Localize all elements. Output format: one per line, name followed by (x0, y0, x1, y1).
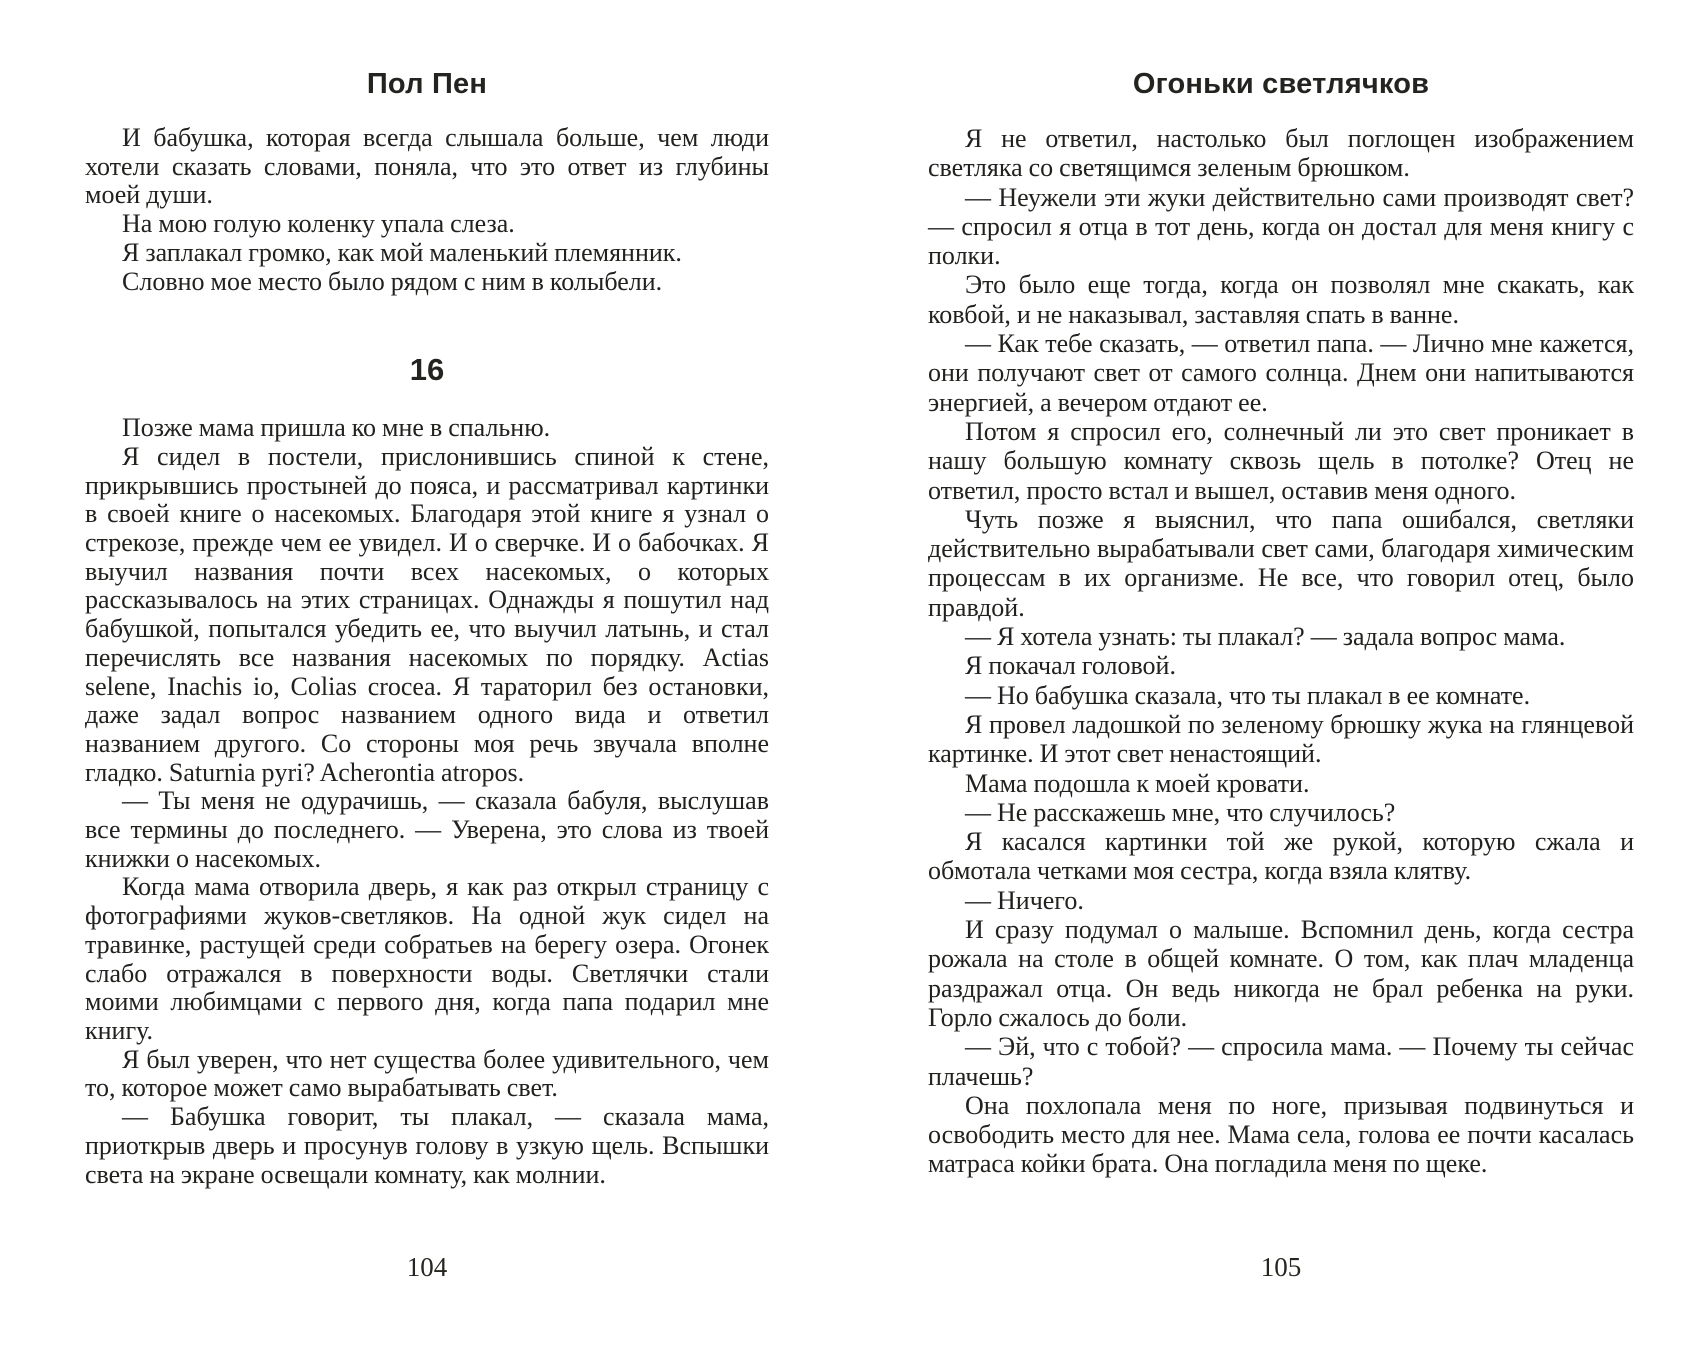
paragraph: Она похлопала меня по ноге, призывая под… (928, 1091, 1634, 1179)
paragraph: Это было еще тогда, когда он позволял мн… (928, 270, 1634, 329)
paragraph: — Не расскажешь мне, что случилось? (928, 798, 1634, 827)
paragraph: — Но бабушка сказала, что ты плакал в ее… (928, 681, 1634, 710)
paragraph: — Бабушка говорит, ты плакал, — сказала … (85, 1103, 769, 1189)
paragraph: — Ничего. (928, 886, 1634, 915)
left-running-head: Пол Пен (85, 68, 769, 100)
left-paragraph-group-bottom: Позже мама пришла ко мне в спальню.Я сид… (85, 414, 769, 1189)
right-page: Огоньки светлячков Я не ответил, настоль… (928, 0, 1634, 1351)
right-page-number: 105 (928, 1252, 1634, 1282)
paragraph: Я сидел в постели, прислонившись спиной … (85, 443, 769, 787)
paragraph: — Как тебе сказать, — ответил папа. — Ли… (928, 329, 1634, 417)
paragraph: На мою голую коленку упала слеза. (85, 210, 769, 239)
paragraph: Я был уверен, что нет существа более уди… (85, 1046, 769, 1103)
paragraph: Я касался картинки той же рукой, которую… (928, 827, 1634, 886)
paragraph: Я покачал головой. (928, 651, 1634, 680)
right-running-head: Огоньки светлячков (928, 68, 1634, 100)
paragraph: Позже мама пришла ко мне в спальню. (85, 414, 769, 443)
paragraph: Я провел ладошкой по зеленому брюшку жук… (928, 710, 1634, 769)
paragraph: И сразу подумал о малыше. Вспомнил день,… (928, 915, 1634, 1032)
paragraph: — Эй, что с тобой? — спросила мама. — По… (928, 1032, 1634, 1091)
paragraph: — Ты меня не одурачишь, — сказала бабуля… (85, 787, 769, 873)
paragraph: Я заплакал громко, как мой маленький пле… (85, 239, 769, 268)
paragraph: Мама подошла к моей кровати. (928, 769, 1634, 798)
paragraph: Я не ответил, настолько был поглощен изо… (928, 124, 1634, 183)
paragraph: Словно мое место было рядом с ним в колы… (85, 268, 769, 297)
paragraph: — Я хотела узнать: ты плакал? — задала в… (928, 622, 1634, 651)
book-spread-scan: { "left_page": { "running_head": "Пол Пе… (0, 0, 1708, 1351)
left-page-number: 104 (85, 1252, 769, 1282)
paragraph: Когда мама отворила дверь, я как раз отк… (85, 873, 769, 1045)
right-body-text: Я не ответил, настолько был поглощен изо… (928, 124, 1634, 1179)
paragraph: — Неужели эти жуки действительно сами пр… (928, 183, 1634, 271)
paragraph: Потом я спросил его, солнечный ли это св… (928, 417, 1634, 505)
left-paragraph-group-top: И бабушка, которая всегда слышала больше… (85, 124, 769, 296)
paragraph: И бабушка, которая всегда слышала больше… (85, 124, 769, 210)
right-paragraph-group: Я не ответил, настолько был поглощен изо… (928, 124, 1634, 1179)
left-page: Пол Пен И бабушка, которая всегда слышал… (85, 0, 769, 1351)
paragraph: Чуть позже я выяснил, что папа ошибался,… (928, 505, 1634, 622)
left-body-text: И бабушка, которая всегда слышала больше… (85, 124, 769, 1189)
chapter-number: 16 (85, 352, 769, 388)
